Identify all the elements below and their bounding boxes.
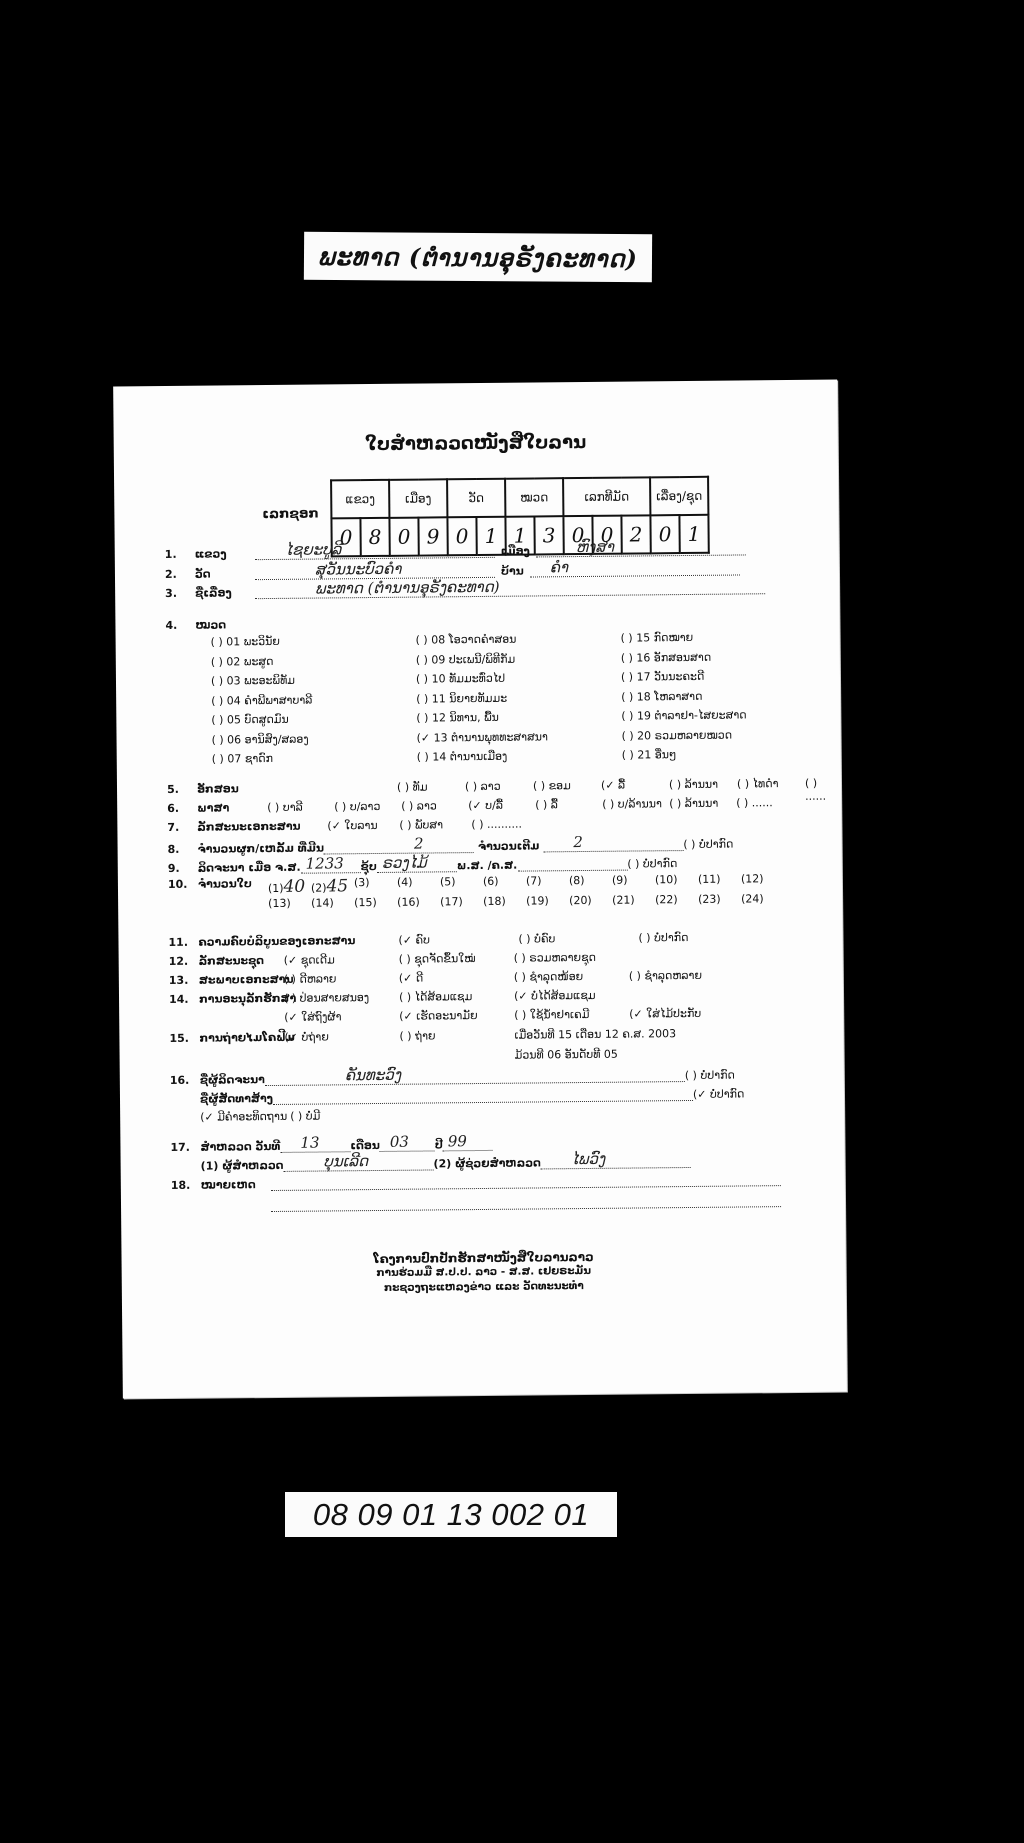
form-row: 18.ໝາຍເຫດ — [171, 1171, 781, 1192]
handwritten-value: ຫົງສາ — [576, 538, 614, 556]
category-option[interactable]: ( ) 12 ນິທານ, ພື້ນ — [416, 711, 499, 725]
checkbox-option[interactable]: ( ) ...... — [736, 796, 773, 809]
checkbox-option[interactable]: ( ) ຊຳລຸດຫລາຍ — [629, 969, 702, 983]
microfilm-date: ເມື່ອວັນທີ 15 ເດືອນ 12 ຄ.ສ. 2003 — [514, 1027, 676, 1042]
field-label: ໝວດ — [195, 618, 226, 631]
field-number: 1. — [165, 548, 195, 561]
microfilm-reel: ມ້ວນທີ 06 ອັນດັບທີ 05 — [515, 1048, 618, 1062]
handwritten-value: 99 — [448, 1132, 467, 1150]
code-header: ໝວດ — [505, 478, 563, 517]
field-label: ລັກສະນະຊຸດ — [199, 954, 264, 968]
field-label: ບ້ານ — [501, 565, 524, 578]
leaf-count-slot: (4) — [397, 876, 413, 889]
fill-line: 2 — [324, 838, 474, 854]
category-option[interactable]: ( ) 09 ປະເພນີ/ພິທີກັມ — [416, 652, 516, 666]
fill-line: ຄັນທະວົງ — [265, 1067, 685, 1086]
unknown-option: ( ) ບໍ່ປາກົດ — [627, 857, 677, 870]
leaf-count-slot: (19) — [526, 894, 549, 907]
checkbox-option[interactable]: ( ) ...... — [805, 777, 841, 803]
checkbox-option[interactable]: ( ) ຊຸດຈັດຂຶ້ນໃໝ່ — [399, 952, 476, 966]
unknown-option: (✓ ບໍ່ປາກົດ — [693, 1087, 745, 1100]
checkbox-option[interactable]: (✓ ມີຄຳອະທິດຖານ — [200, 1110, 287, 1124]
handwritten-value: ຣວງໄມ້ — [382, 854, 427, 872]
fill-line — [517, 856, 627, 872]
handwritten-value: ບຸນເລີດ — [323, 1152, 368, 1170]
survey-form-page: ໃບສຳຫລວດໜັງສືໃບລານ ເລກຊອກ ແຂວງເມືອງວັດໝວ… — [113, 380, 847, 1399]
field-label: ສຳຫລວດ ວັນທີ — [200, 1140, 280, 1154]
leaf-count-slot: (10) — [655, 873, 678, 886]
leaf-count-slot: (20) — [569, 894, 592, 907]
category-option[interactable]: ( ) 20 ຣວມຫລາຍໝວດ — [621, 728, 732, 742]
field-number: 5. — [167, 783, 197, 796]
checkbox-option[interactable]: (✓ ດີ — [399, 972, 423, 985]
leaf-count-slot: (13) — [268, 897, 291, 910]
handwritten-value: ຄັນທະວົງ — [345, 1066, 401, 1085]
field-label: ວັດ — [195, 567, 255, 581]
handwritten-value: 1233 — [305, 854, 343, 872]
handwritten-value: ຄຳ — [550, 558, 569, 576]
field-number: 8. — [168, 843, 198, 856]
fill-line: ໄພວົງ — [541, 1153, 691, 1169]
field-number: 4. — [165, 619, 195, 632]
category-option[interactable]: ( ) 01 ພະວິນັຍ — [211, 635, 280, 649]
checkbox-option[interactable]: (✓ ໃບລານ — [327, 819, 377, 832]
leaf-count-slot: (21) — [612, 894, 635, 907]
form-row: 11.ຄວາມຄົບບໍລິບູນຂອງເອກະສານ — [168, 934, 418, 949]
leaf-count-slot: (17) — [440, 895, 463, 908]
field-number: 10. — [168, 878, 198, 891]
code-header: ເລື່ອງ/ຊຸດ — [650, 477, 708, 516]
checkbox-option[interactable]: (✓ ໃສ່ໄມ້ປະກັບ — [629, 1007, 701, 1021]
code-header: ເມືອງ — [389, 479, 447, 518]
catalogue-number-label: 08 09 01 13 002 01 — [285, 1492, 617, 1537]
checkbox-option[interactable]: ( ) ຣວມຫລາຍຊຸດ — [514, 951, 596, 965]
field-label: ການຖ່າຍໄມໂຄຟີມ — [199, 1031, 295, 1045]
form-row: 4.ໝວດ — [165, 618, 226, 632]
field-number: 6. — [167, 802, 197, 815]
checkbox-option[interactable]: ( ) ບາລີ — [267, 801, 303, 814]
form-row: 7.ລັກສະນະເອກະສານ — [167, 819, 327, 834]
handwritten-value: 40 — [283, 877, 305, 897]
fill-line: 99 — [443, 1136, 493, 1151]
leaf-count-slot: (3) — [354, 876, 370, 889]
checkbox-option[interactable]: ( ) ບ/ລາວ — [334, 800, 380, 813]
checkbox-option[interactable]: ( ) ບ/ລ້ານນາ — [602, 797, 662, 811]
field-label: (1) ຜູ້ສຳຫລວດ — [201, 1159, 284, 1173]
field-number: 15. — [169, 1032, 199, 1045]
form-row: 9.ລິດຈະນາ ເມື່ອ ຈ.ສ.1233 ຊຸ້ບ ຣວງໄມ້ ພ.ສ… — [168, 855, 678, 875]
form-row: ຊື່ຜູ້ສັດທາສ້າງ (✓ ບໍ່ປາກົດ — [170, 1085, 745, 1106]
checkbox-option[interactable]: ( ) ລາວ — [465, 780, 501, 793]
category-option[interactable]: ( ) 17 ວັນນະຄະດີ — [621, 670, 704, 684]
field-label: ຈຳນວນຜູກ/ເຫລັ້ມ ທີ່ມີນ — [198, 841, 324, 855]
category-option[interactable]: ( ) 08 ໂອວາດຄຳສອນ — [416, 633, 517, 647]
checkbox-option[interactable]: ( ) ຊຳລຸດໜ້ອຍ — [514, 970, 583, 984]
field-label: ຊຸ້ບ — [361, 860, 377, 873]
fill-line: ຣວງໄມ້ — [377, 857, 457, 873]
category-option[interactable]: ( ) 11 ນິຍາຍທັມມະ — [416, 691, 507, 705]
form-row: 10.ຈຳນວນໃບ — [168, 877, 252, 891]
field-label: ອັກສອນ — [197, 781, 347, 795]
checkbox-option[interactable]: (✓ ຄົບ — [398, 933, 430, 946]
form-row: 14.ການອະນຸລັກຮັກສາ — [169, 992, 296, 1006]
leaf-count-slot: (7) — [526, 874, 542, 887]
field-label: ຈຳນວນເຕີມ — [478, 839, 540, 853]
field-label: ຄວາມຄົບບໍລິບູນຂອງເອກະສານ — [198, 934, 418, 949]
handwritten-value: 2 — [573, 833, 583, 851]
field-label: ຊື່ຜູ້ລິດຈະນາ — [200, 1073, 265, 1087]
field-label: ສະພາບເອກະສານ — [199, 973, 294, 987]
handwritten-value: 03 — [390, 1133, 409, 1151]
code-header: ວັດ — [447, 479, 505, 518]
handwritten-value: ພະທາດ (ຕຳນານອຸຣັງຄະທາດ) — [315, 578, 500, 598]
field-number: 12. — [169, 955, 199, 968]
field-number: 14. — [169, 993, 199, 1006]
field-label: ຊື່ເລື່ອງ — [195, 586, 255, 600]
checkbox-option[interactable]: (✓ ບໍ່ໄດ້ສ້ອມແຊມ — [514, 989, 596, 1003]
checkbox-option[interactable]: (✓ ບໍ່ຖ່າຍ — [284, 1030, 329, 1043]
checkbox-option[interactable]: (✓ ບ/ລື້ — [468, 799, 503, 812]
handwritten-value: 2 — [414, 835, 424, 853]
leaf-count-slot: (12) — [741, 872, 764, 885]
leaf-count-slot: (2)45 — [311, 876, 348, 896]
fill-line: ໄຊຍະບູລີ — [255, 543, 495, 560]
field-number: 13. — [169, 974, 199, 987]
field-label: ແຂວງ — [195, 547, 255, 561]
checkbox-option[interactable]: ( ) ລາວ — [401, 799, 437, 812]
form-row — [171, 1192, 781, 1213]
category-option[interactable]: ( ) 21 ອື່ນໆ — [622, 748, 677, 762]
checkbox-option[interactable]: ( ) ບໍ່ມີ — [290, 1110, 320, 1123]
category-option[interactable]: ( ) 10 ທັມມະທົ່ວໄປ — [416, 672, 505, 686]
code-label: ເລກຊອກ — [262, 507, 318, 523]
field-label: ພາສາ — [197, 801, 247, 814]
category-option[interactable]: ( ) 07 ຊາດົກ — [212, 752, 273, 766]
checkbox-option[interactable]: ( ) ລ້ານນາ — [669, 797, 718, 810]
field-label: ລິດຈະນາ ເມື່ອ ຈ.ສ. — [198, 861, 301, 875]
handwritten-value: 13 — [300, 1134, 319, 1152]
unknown-option: ( ) ບໍ່ປາກົດ — [685, 1069, 735, 1082]
code-header: ແຂວງ — [331, 480, 389, 519]
form-row: 15.ການຖ່າຍໄມໂຄຟີມ — [169, 1031, 295, 1045]
field-label: ລັກສະນະເອກະສານ — [197, 819, 327, 833]
form-row: 6.ພາສາ — [167, 801, 247, 815]
checkbox-option[interactable]: (✓ ເຮັດອະນາມັຍ — [399, 1009, 478, 1023]
handwritten-value: ໄພວົງ — [571, 1150, 606, 1168]
form-row: 13.ສະພາບເອກະສານ — [169, 973, 294, 987]
fill-line: ບຸນເລີດ — [283, 1155, 433, 1171]
form-row: 3.ຊື່ເລື່ອງພະທາດ (ຕຳນານອຸຣັງຄະທາດ) — [165, 579, 765, 600]
checkbox-option[interactable]: ( ) ບໍ່ຄົບ — [518, 932, 555, 945]
fill-line — [271, 1192, 781, 1212]
leaf-count-slot: (6) — [483, 875, 499, 888]
form-row: 1.ແຂວງໄຊຍະບູລີ ເມືອງຫົງສາ — [165, 540, 746, 561]
code-header: ເລກທີມັດ — [563, 477, 650, 516]
handwritten-value: ໄຊຍະບູລີ — [285, 540, 342, 559]
checkbox-option[interactable]: ( ) ໃຊ້ນ້ຳຢາເຄມີ — [514, 1008, 589, 1022]
field-number: 3. — [165, 587, 195, 600]
category-option[interactable]: ( ) 16 ອັກສອນສາດ — [621, 650, 711, 664]
field-label: ການອະນຸລັກຮັກສາ — [199, 992, 296, 1006]
leaf-count-slot: (16) — [397, 896, 420, 909]
checkbox-option[interactable]: ( ) ດີຫລາຍ — [284, 972, 337, 986]
checkbox-option[interactable]: ( ) ໄທດຳ — [737, 777, 779, 790]
handwritten-value: ສຸວັນນະບົວຄຳ — [315, 560, 402, 579]
catalogue-number-text: 08 09 01 13 002 01 — [313, 1497, 589, 1533]
manuscript-title-label: ພະທາດ (ຕຳນານອຸຣັງຄະທາດ) — [304, 232, 652, 282]
category-option[interactable]: ( ) 14 ຕຳນານເມືອງ — [417, 750, 508, 764]
checkbox-option[interactable]: ( ) ປ່ອນສາຍສນອງ — [284, 991, 369, 1005]
category-option[interactable]: ( ) 15 ກົດໝາຍ — [621, 631, 694, 645]
checkbox-option[interactable]: (✓ ໃສ່ຖົງຜ້າ — [284, 1010, 341, 1024]
manuscript-title-text: ພະທາດ (ຕຳນານອຸຣັງຄະທາດ) — [318, 241, 638, 272]
fill-line — [271, 1171, 781, 1191]
checkbox-option[interactable]: ( ) ຖ່າຍ — [399, 1029, 435, 1042]
category-option[interactable]: ( ) 18 ໂຫລາສາດ — [621, 689, 702, 703]
leaf-count-slot: (15) — [354, 896, 377, 909]
field-number: 2. — [165, 568, 195, 581]
leaf-count-slot: (18) — [483, 895, 506, 908]
checkbox-option[interactable]: ( ) ບໍ່ປາກົດ — [638, 931, 688, 944]
fill-line: 1233 — [301, 858, 361, 874]
fill-line: ຫົງສາ — [536, 540, 746, 557]
form-row: 12.ລັກສະນະຊຸດ — [169, 954, 264, 968]
checkbox-option[interactable]: ( ) ຂອມ — [533, 779, 571, 792]
fill-line: 03 — [380, 1136, 435, 1152]
checkbox-option[interactable]: ( ) ລື້ — [535, 798, 558, 811]
checkbox-option[interactable]: (✓ ລື້ — [601, 779, 625, 792]
checkbox-option[interactable]: ( ) ທັມ — [397, 780, 428, 793]
field-label: ໝາຍເຫດ — [201, 1178, 271, 1192]
form-row: (1) ຜູ້ສຳຫລວດ ບຸນເລີດ (2) ຜູ້ຊ່ວຍສຳຫລວດ … — [171, 1153, 691, 1173]
category-option[interactable]: (✓ 13 ຕຳນານພຸທທະສາສນາ — [416, 730, 548, 744]
checkbox-option[interactable]: (✓ ຊຸດເດີມ — [284, 953, 335, 966]
category-option[interactable]: ( ) 02 ພະສູດ — [211, 654, 274, 668]
leaf-count-slot: (24) — [741, 892, 764, 905]
field-number: 16. — [170, 1074, 200, 1087]
category-option[interactable]: ( ) 03 ພະອະພິທັມ — [211, 674, 295, 688]
handwritten-value: 45 — [326, 876, 348, 896]
field-label: ປີ — [435, 1138, 443, 1151]
unknown-option: ( ) ບໍ່ປາກົດ — [683, 838, 733, 851]
leaf-count-slot: (5) — [440, 875, 456, 888]
field-number: 18. — [171, 1179, 201, 1192]
leaf-count-slot: (9) — [612, 874, 628, 887]
category-option[interactable]: ( ) 19 ຕຳລາຢາ-ໄສຍະສາດ — [621, 708, 746, 722]
field-label: ພ.ສ. /ຄ.ສ. — [457, 859, 518, 873]
field-number: 9. — [168, 862, 198, 875]
field-label: ເມືອງ — [501, 545, 530, 558]
category-option[interactable]: ( ) 06 ອານິສົງ/ສລອງ — [211, 732, 308, 746]
fill-line: 13 — [280, 1137, 350, 1153]
field-number: 17. — [170, 1141, 200, 1154]
form-row: 17.ສຳຫລວດ ວັນທີ 13 ເດືອນ 03 ປີ 99 — [170, 1136, 493, 1154]
field-label: (2) ຜູ້ຊ່ວຍສຳຫລວດ — [433, 1156, 540, 1170]
form-row: 5.ອັກສອນ — [167, 781, 347, 796]
category-option[interactable]: ( ) 05 ບົດສູດມົນ — [211, 713, 288, 727]
field-label: ຈຳນວນໃບ — [198, 877, 252, 891]
leaf-count-slot: (1)40 — [268, 877, 305, 897]
checkbox-option[interactable]: ( ) .......... — [471, 818, 522, 831]
field-label — [201, 1212, 271, 1213]
category-option[interactable]: ( ) 04 ຄຳພີພາສາບາລີ — [211, 693, 312, 707]
checkbox-option[interactable]: ( ) ພັບສາ — [399, 818, 443, 831]
form-row: 16.ຊື່ຜູ້ລິດຈະນາຄັນທະວົງ ( ) ບໍ່ປາກົດ — [170, 1067, 735, 1087]
fill-line: 2 — [543, 836, 683, 852]
checkbox-option[interactable]: ( ) ໄດ້ສ້ອມແຊມ — [399, 990, 472, 1004]
field-number: 11. — [168, 936, 198, 949]
leaf-count-slot: (11) — [698, 873, 721, 886]
form-row: 8.ຈຳນວນຜູກ/ເຫລັ້ມ ທີ່ມີນ2 ຈຳນວນເຕີມ2 ( )… — [168, 836, 734, 856]
field-label: ຊື່ຜູ້ສັດທາສ້າງ — [200, 1092, 273, 1106]
fill-line: ຄຳ — [530, 560, 740, 577]
fill-line — [273, 1086, 693, 1105]
field-number: 7. — [167, 821, 197, 834]
field-label: ເດືອນ — [350, 1139, 380, 1152]
leaf-count-slot: (14) — [311, 896, 334, 909]
leaf-count-slot: (23) — [698, 893, 721, 906]
checkbox-option[interactable]: ( ) ລ້ານນາ — [669, 778, 718, 791]
leaf-count-slot: (22) — [655, 893, 678, 906]
leaf-count-slot: (8) — [569, 874, 585, 887]
fill-line: ພະທາດ (ຕຳນານອຸຣັງຄະທາດ) — [255, 579, 765, 599]
form-title: ໃບສຳຫລວດໜັງສືໃບລານ — [114, 430, 838, 458]
